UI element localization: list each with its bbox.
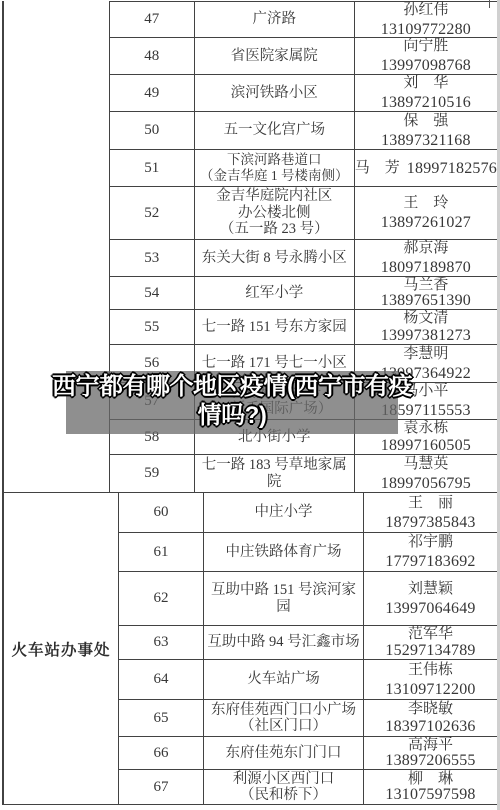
table-row: 63 互助中路 94 号汇鑫市场 范军华 15297134789: [119, 626, 497, 660]
location-cell: 东关大街 8 号永腾小区: [195, 240, 355, 276]
contact-name: 祁宇鹏: [408, 533, 453, 552]
table-row: 49 滨河铁路小区 刘 华 13897210516: [110, 75, 497, 112]
contact-cell: 李晓敏 18397102636: [364, 700, 497, 736]
location-cell: 利源小区西门口 （民和桥下）: [204, 770, 364, 804]
page: 47 广济路 孙红伟 13109772280 48 省医院家属院 向宁胜 139…: [0, 0, 500, 810]
row-number: 60: [119, 493, 204, 532]
contact-name: 王 丽: [408, 494, 453, 513]
location-cell: 红军小学: [195, 277, 355, 309]
row-number: 50: [110, 112, 195, 149]
row-number: 63: [119, 626, 204, 659]
contact-phone: 13897321168: [381, 131, 471, 150]
contact-cell: 孙红伟 13109772280: [355, 2, 497, 37]
contact-phone: 15297134789: [385, 643, 475, 660]
contact-name: 保 强: [403, 112, 448, 131]
contact-name: 向宁胜: [403, 37, 448, 56]
table-row: 55 七一路 151 号东方家园 杨文清 13997381273: [110, 310, 497, 345]
contact-cell: 王 丽 18797385843: [364, 493, 497, 532]
table-row: 59 七一路 183 号草地家属院 马慧英 18997056795: [110, 455, 497, 493]
title-overlay-text: 西宁都有哪个地区疫情(西宁市有疫 情吗?): [52, 372, 412, 430]
contact-cell: 马慧英 18997056795: [355, 455, 497, 492]
location-cell: 七一路 151 号东方家园: [195, 310, 355, 344]
contact-name: 李慧明: [403, 345, 448, 364]
row-number: 59: [110, 455, 195, 492]
row-number: 52: [110, 187, 195, 239]
contact-cell: 向宁胜 13997098768: [355, 38, 497, 74]
row-number: 54: [110, 277, 195, 309]
table-row: 48 省医院家属院 向宁胜 13997098768: [110, 38, 497, 75]
contact-phone: 18997160505: [381, 437, 471, 454]
contact-phone: 13997098768: [381, 56, 471, 75]
contact-phone: 17797183692: [385, 552, 475, 571]
table-row: 67 利源小区西门口 （民和桥下） 柳 琳 13107597598: [119, 770, 497, 805]
table-row: 64 火车站广场 王伟栋 13109712200: [119, 660, 497, 700]
contact-name: 刘慧颖: [408, 580, 453, 599]
location-cell: 东府佳苑东门门口: [204, 737, 364, 769]
contact-phone: 18397102636: [385, 718, 475, 735]
contact-name: 柳 琳: [408, 771, 453, 788]
location-cell: 广济路: [195, 2, 355, 37]
contact-cell: 高海平 13897206555: [364, 737, 497, 769]
contact-cell: 保 强 13897321168: [355, 112, 497, 149]
location-cell: 东府佳苑西门口小广场 （社区门口）: [204, 700, 364, 736]
title-overlay: 西宁都有哪个地区疫情(西宁市有疫 情吗?): [66, 371, 398, 434]
location-cell: 中庄小学: [204, 493, 364, 532]
contact-name: 范军华: [408, 626, 453, 643]
table-row: 62 互助中路 151 号滨河家园 刘慧颖 13997064649: [119, 572, 497, 626]
contact-cell: 范军华 15297134789: [364, 626, 497, 659]
contact-phone: 13897210516: [381, 93, 471, 112]
row-number: 62: [119, 572, 204, 625]
location-cell: 省医院家属院: [195, 38, 355, 74]
row-number: 48: [110, 38, 195, 74]
row-number: 66: [119, 737, 204, 769]
contact-name: 王伟栋: [408, 661, 453, 680]
row-number: 47: [110, 2, 195, 37]
contact-cell: 马 芳 18997182576: [355, 150, 497, 186]
row-number: 53: [110, 240, 195, 276]
contact-phone: 18097189870: [381, 258, 471, 277]
contact-name: 王 玲: [403, 194, 448, 213]
table-row: 61 中庄铁路体育广场 祁宇鹏 17797183692: [119, 533, 497, 572]
contact-phone: 18797385843: [385, 513, 475, 532]
title-line-1: 西宁都有哪个地区疫情(西宁市有疫: [52, 372, 412, 401]
contact-name: 孙红伟: [403, 1, 448, 20]
title-line-2: 情吗?): [52, 401, 412, 430]
table-border-stub: [489, 0, 490, 8]
contact-cell: 刘慧颖 13997064649: [364, 572, 497, 625]
location-cell: 下滨河路巷道口 （金吉华庭 1 号楼南侧）: [195, 150, 355, 186]
contact-cell: 王伟栋 13109712200: [364, 660, 497, 699]
table-row: 60 中庄小学 王 丽 18797385843: [119, 493, 497, 533]
location-cell: 滨河铁路小区: [195, 75, 355, 111]
contact-phone: 13997064649: [385, 599, 475, 618]
row-number: 61: [119, 533, 204, 571]
contact-cell: 刘 华 13897210516: [355, 75, 497, 111]
row-number: 55: [110, 310, 195, 344]
contact-phone: 18997182576: [407, 159, 497, 178]
contact-name: 马慧英: [403, 455, 448, 474]
row-number: 64: [119, 660, 204, 699]
table-row: 47 广济路 孙红伟 13109772280: [110, 2, 497, 38]
location-cell: 中庄铁路体育广场: [204, 533, 364, 571]
table-row: 52 金吉华庭院内社区 办公楼北侧 （五一路 23 号） 王 玲 1389726…: [110, 187, 497, 240]
location-cell: 五一文化宫广场: [195, 112, 355, 149]
contact-name: 杨文清: [403, 310, 448, 327]
location-cell: 火车站广场: [204, 660, 364, 699]
table-row: 51 下滨河路巷道口 （金吉华庭 1 号楼南侧） 马 芳 18997182576: [110, 150, 497, 187]
office-label-cell: 火车站办事处: [4, 493, 119, 805]
row-number: 67: [119, 770, 204, 804]
contact-name: 马 芳: [355, 159, 400, 178]
contact-name: 高海平: [408, 737, 453, 753]
contact-phone: 13109712200: [385, 680, 475, 699]
section-railway-station-office: 火车站办事处 60 中庄小学 王 丽 18797385843 61 中庄铁路体育…: [4, 493, 497, 805]
contact-name: 郝京海: [403, 239, 448, 258]
location-cell: 互助中路 94 号汇鑫市场: [204, 626, 364, 659]
contact-cell: 杨文清 13997381273: [355, 310, 497, 344]
row-number: 51: [110, 150, 195, 186]
section-rows: 60 中庄小学 王 丽 18797385843 61 中庄铁路体育广场 祁宇鹏 …: [119, 493, 497, 805]
table-row: 53 东关大街 8 号永腾小区 郝京海 18097189870: [110, 240, 497, 277]
contact-phone: 13897261027: [381, 213, 471, 232]
contact-cell: 王 玲 13897261027: [355, 187, 497, 239]
contact-name: 刘 华: [403, 74, 448, 93]
contact-cell: 郝京海 18097189870: [355, 240, 497, 276]
table-row: 54 红军小学 马兰香 13897651390: [110, 277, 497, 310]
row-number: 49: [110, 75, 195, 111]
contact-phone: 13109772280: [381, 20, 471, 39]
contact-phone: 18997056795: [381, 474, 471, 493]
row-number: 65: [119, 700, 204, 736]
contact-name: 马兰香: [403, 277, 448, 293]
table-row: 50 五一文化宫广场 保 强 13897321168: [110, 112, 497, 150]
contact-phone: 13997381273: [381, 327, 471, 344]
table-row: 65 东府佳苑西门口小广场 （社区门口） 李晓敏 18397102636: [119, 700, 497, 737]
contact-phone: 13897206555: [385, 753, 475, 769]
contact-cell: 马兰香 13897651390: [355, 277, 497, 309]
contact-phone: 13897651390: [381, 293, 471, 309]
location-cell: 七一路 183 号草地家属院: [195, 455, 355, 492]
contact-cell: 祁宇鹏 17797183692: [364, 533, 497, 571]
contact-name: 李晓敏: [408, 701, 453, 718]
contact-cell: 柳 琳 13107597598: [364, 770, 497, 804]
location-cell: 互助中路 151 号滨河家园: [204, 572, 364, 625]
table-row: 66 东府佳苑东门门口 高海平 13897206555: [119, 737, 497, 770]
location-cell: 金吉华庭院内社区 办公楼北侧 （五一路 23 号）: [195, 187, 355, 239]
contact-phone: 13107597598: [385, 787, 475, 804]
